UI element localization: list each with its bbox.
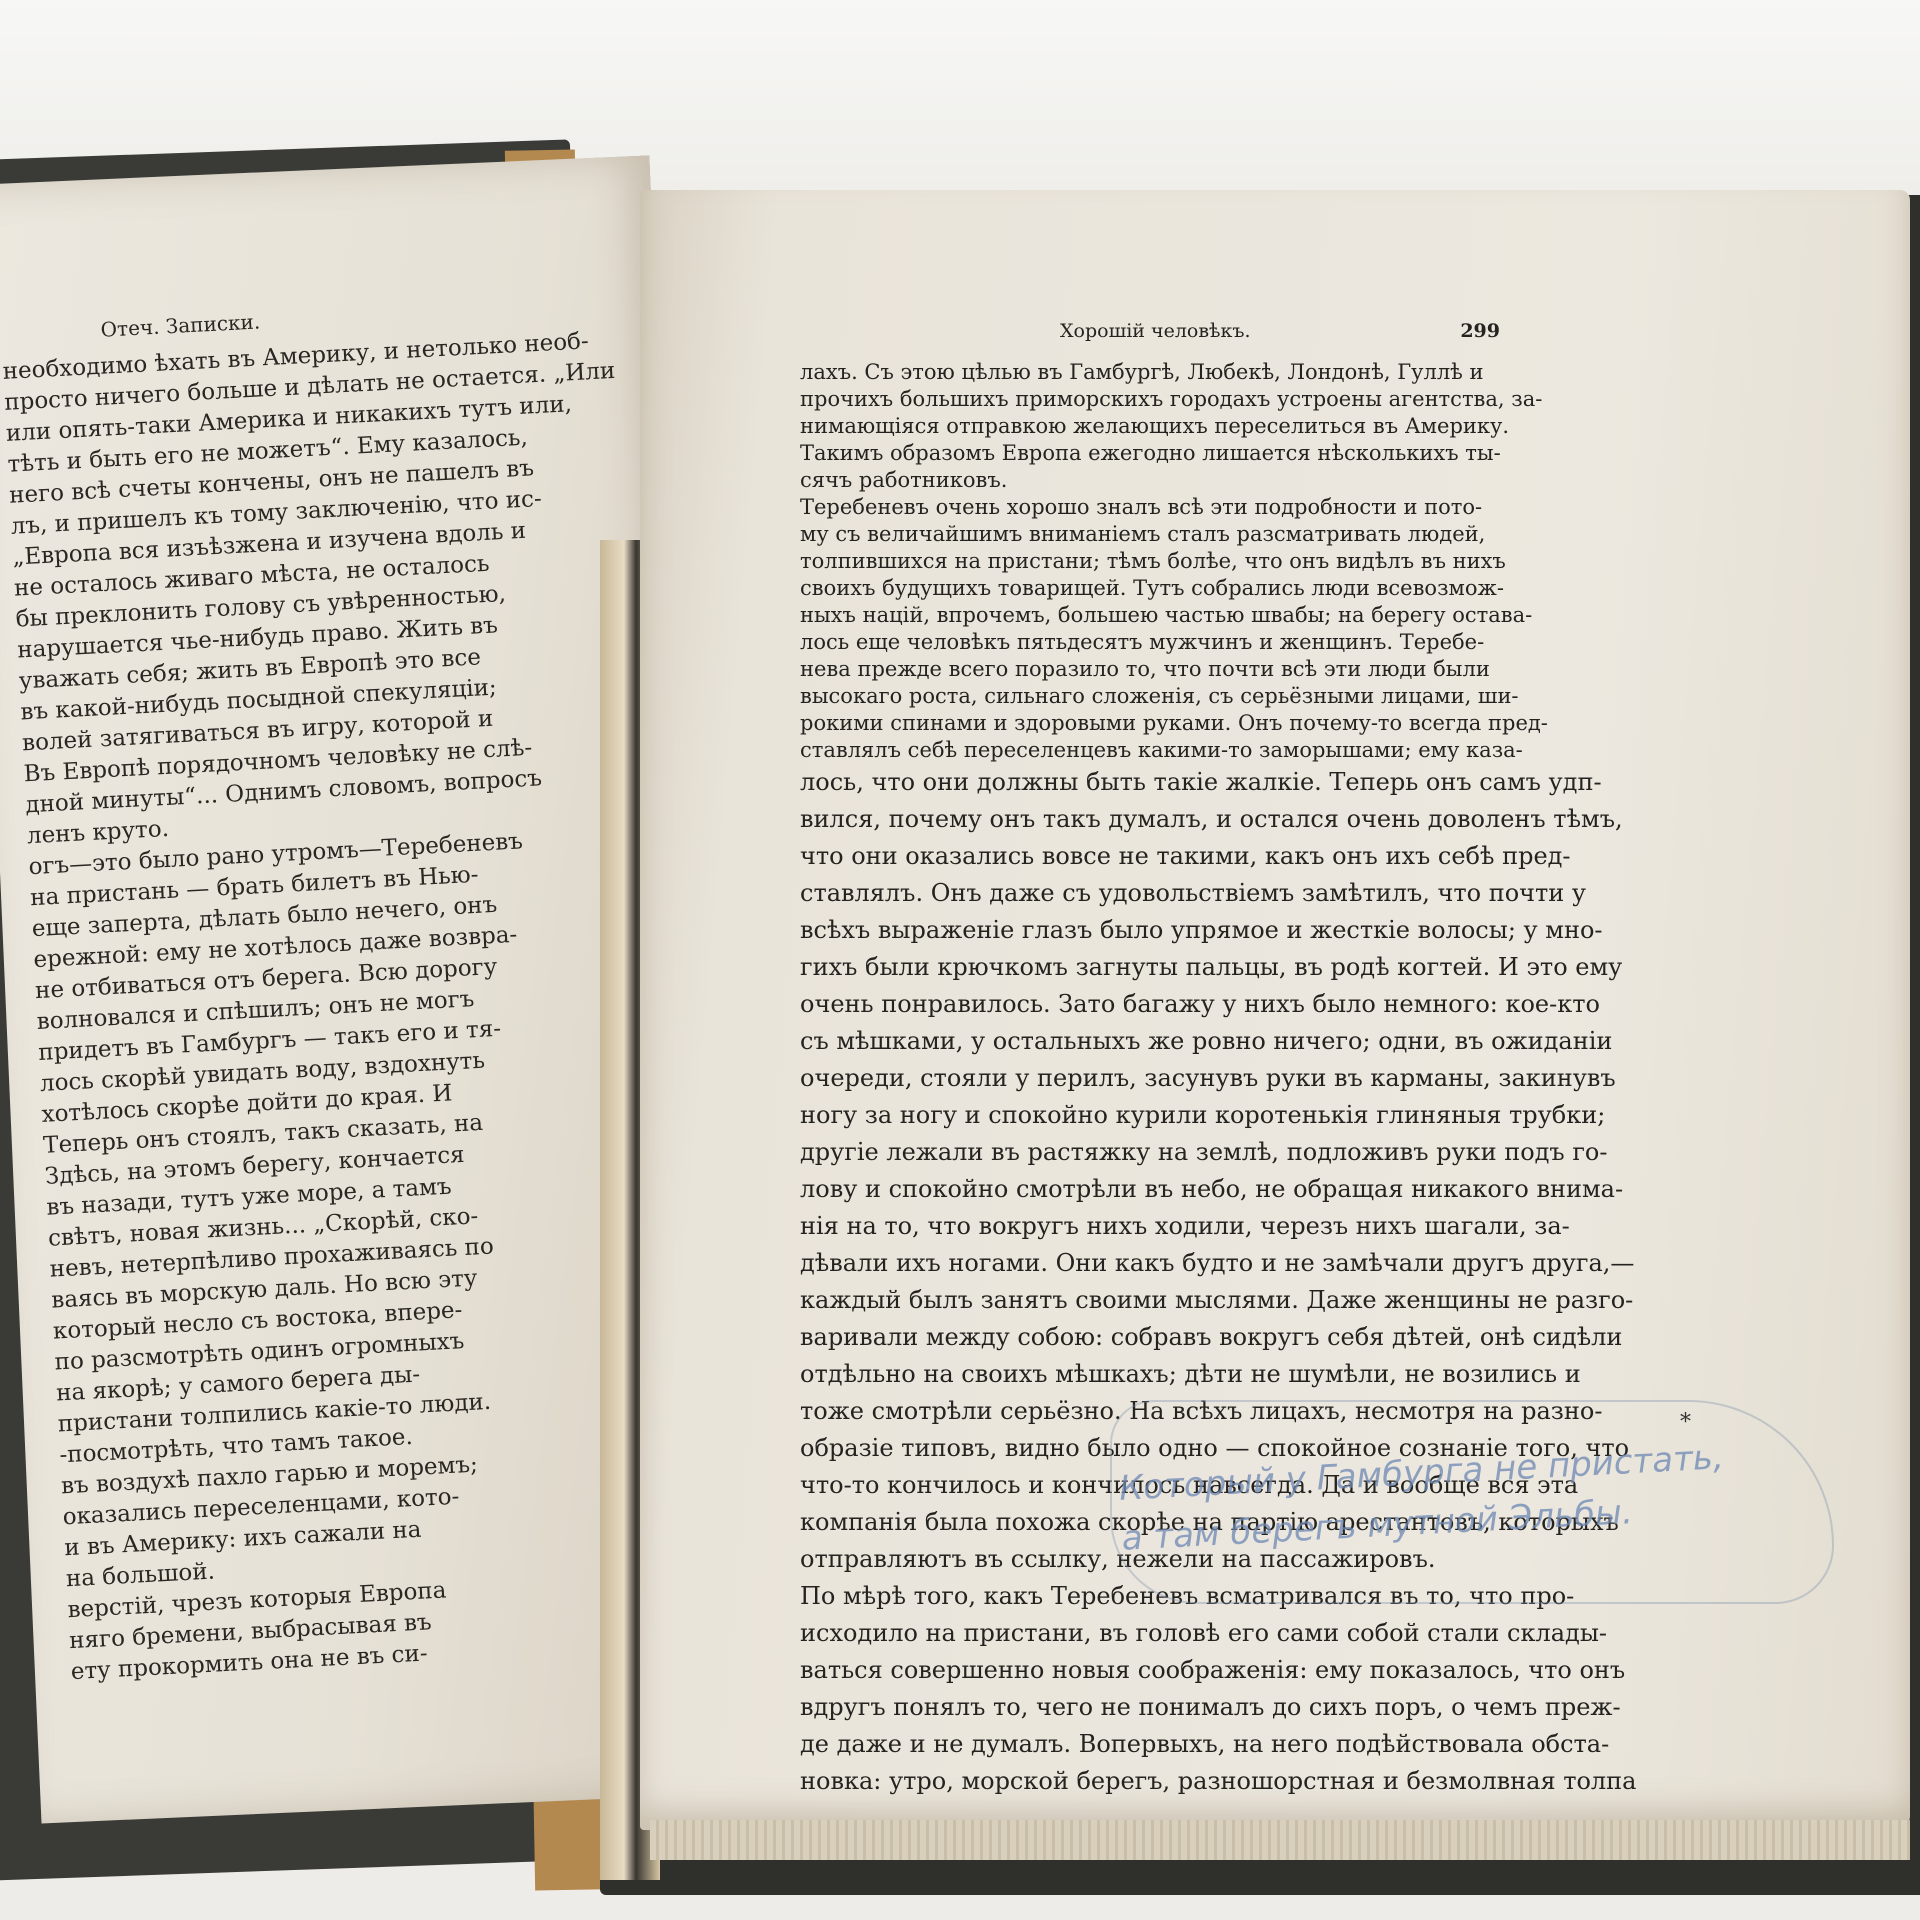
text-line: новка: утро, морской берегъ, разношорстн… [800, 1763, 1760, 1800]
text-line: лось еще человѣкъ пятьдесятъ мужчинъ и ж… [800, 629, 1760, 656]
text-line: высокаго роста, сильнаго сложенія, съ се… [800, 683, 1760, 710]
text-line: отдѣльно на своихъ мѣшкахъ; дѣти не шумѣ… [800, 1356, 1760, 1393]
text-line: лову и спокойно смотрѣли въ небо, не обр… [800, 1171, 1760, 1208]
left-page-lines: необходимо ѣхать въ Америку, и нетолько … [2, 328, 631, 1688]
text-line: ваться совершенно новыя соображенія: ему… [800, 1652, 1760, 1689]
text-line: варивали между собою: собравъ вокругъ се… [800, 1319, 1760, 1356]
text-line: очереди, стояли у перилъ, засунувъ руки … [800, 1060, 1760, 1097]
text-line: рокими спинами и здоровыми руками. Онъ п… [800, 710, 1760, 737]
text-line: ногу за ногу и спокойно курили коротеньк… [800, 1097, 1760, 1134]
running-header-right: Хорошій человѣкъ. 299 [1060, 318, 1500, 345]
text-line: вдругъ понялъ то, чего не понималъ до си… [800, 1689, 1760, 1726]
text-line: ставлялъ. Онъ даже съ удовольствіемъ зам… [800, 875, 1760, 912]
text-line: исходило на пристани, въ головѣ его сами… [800, 1615, 1760, 1652]
text-line: сячъ работниковъ. [800, 467, 1760, 494]
text-line: нія на то, что вокругъ нихъ ходили, чере… [800, 1208, 1760, 1245]
page-edges [650, 1820, 1910, 1860]
text-line: другіе лежали въ растяжку на землѣ, подл… [800, 1134, 1760, 1171]
text-line: прочихъ большихъ приморскихъ городахъ ус… [800, 386, 1760, 413]
text-line: своихъ будущихъ товарищей. Тутъ собралис… [800, 575, 1760, 602]
text-line: съ мѣшками, у остальныхъ же ровно ничего… [800, 1023, 1760, 1060]
text-line: дѣвали ихъ ногами. Они какъ будто и не з… [800, 1245, 1760, 1282]
text-line: толпившихся на пристани; тѣмъ болѣе, что… [800, 548, 1760, 575]
text-line: что они оказались вовсе не такими, какъ … [800, 838, 1760, 875]
text-line: вился, почему онъ такъ думалъ, и остался… [800, 801, 1760, 838]
text-line: ставлялъ себѣ переселенцевъ какими-то за… [800, 737, 1760, 764]
text-line: нимающіяся отправкою желающихъ переселит… [800, 413, 1760, 440]
text-line: гихъ были крючкомъ загнуты пальцы, въ ро… [800, 949, 1760, 986]
text-line: лахъ. Съ этою цѣлью въ Гамбургѣ, Любекѣ,… [800, 359, 1760, 386]
text-line: каждый былъ занятъ своими мыслями. Даже … [800, 1282, 1760, 1319]
text-line: очень понравилось. Зато багажу у нихъ бы… [800, 986, 1760, 1023]
left-page-text: Отеч. Записки. необходимо ѣхать въ Амери… [0, 291, 631, 1688]
chapter-title: Хорошій человѣкъ. [1060, 318, 1250, 345]
text-line: всѣхъ выраженіе глазъ было упрямое и жес… [800, 912, 1760, 949]
text-line: лось, что они должны быть такіе жалкіе. … [800, 764, 1760, 801]
small-print-block: лахъ. Съ этою цѣлью въ Гамбургѣ, Любекѣ,… [800, 359, 1760, 764]
page-number: 299 [1460, 318, 1500, 345]
text-line: му съ величайшимъ вниманіемъ сталъ разсм… [800, 521, 1760, 548]
text-line: ныхъ націй, впрочемъ, большею частью шва… [800, 602, 1760, 629]
text-line: нева прежде всего поразило то, что почти… [800, 656, 1760, 683]
text-line: Такимъ образомъ Европа ежегодно лишается… [800, 440, 1760, 467]
text-line: Теребеневъ очень хорошо зналъ всѣ эти по… [800, 494, 1760, 521]
main-text-block: лось, что они должны быть такіе жалкіе. … [800, 764, 1760, 1800]
text-line: де даже и не думалъ. Вопервыхъ, на него … [800, 1726, 1760, 1763]
